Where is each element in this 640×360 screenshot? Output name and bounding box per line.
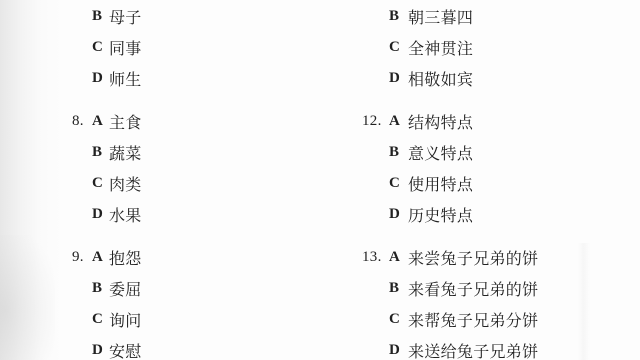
option-letter: C [389, 311, 408, 328]
option-text: 历史特点 [408, 203, 473, 226]
option-text: 蔬菜 [109, 141, 142, 164]
option-letter: C [389, 39, 408, 56]
question-number: 8. [72, 113, 92, 130]
option-letter: B [389, 144, 408, 161]
answer-option-row: D相敬如宾 [362, 63, 632, 94]
answer-option-row: C同事 [72, 32, 322, 63]
option-text: 同事 [109, 36, 142, 59]
answer-option-row: B母子 [72, 1, 322, 32]
answer-option-row: C肉类 [72, 168, 322, 199]
answer-option-row: C使用特点 [362, 168, 632, 199]
answer-option-row: 9.A抱怨 [72, 242, 322, 273]
question-number: 9. [72, 249, 92, 266]
option-text: 朝三暮四 [408, 5, 473, 28]
option-text: 全神贯注 [408, 36, 473, 59]
page-edge-shadow-left [0, 0, 62, 360]
option-text: 来帮兔子兄弟分饼 [408, 308, 538, 331]
option-text: 委屈 [109, 277, 142, 300]
option-text: 师生 [109, 67, 142, 90]
option-letter: D [92, 342, 109, 359]
option-text: 来看兔子兄弟的饼 [408, 277, 538, 300]
option-letter: B [92, 144, 109, 161]
answer-option-row: D来送给兔子兄弟饼 [362, 335, 632, 360]
option-text: 相敬如宾 [408, 67, 473, 90]
answer-option-row: 8.A主食 [72, 106, 322, 137]
option-text: 主食 [109, 110, 142, 133]
answer-option-row: 13.A来尝兔子兄弟的饼 [362, 242, 632, 273]
question-group: 9.A抱怨B委屈C询问D安慰 [72, 242, 322, 360]
option-text: 水果 [109, 203, 142, 226]
answer-option-row: B来看兔子兄弟的饼 [362, 273, 632, 304]
answer-option-row: C全神贯注 [362, 32, 632, 63]
option-letter: A [92, 113, 109, 130]
option-letter: C [92, 39, 109, 56]
answer-column-left: B母子C同事D师生8.A主食B蔬菜C肉类D水果9.A抱怨B委屈C询问D安慰 [72, 1, 322, 360]
answer-option-row: B意义特点 [362, 137, 632, 168]
option-text: 抱怨 [109, 246, 142, 269]
question-group: 13.A来尝兔子兄弟的饼B来看兔子兄弟的饼C来帮兔子兄弟分饼D来送给兔子兄弟饼 [362, 242, 632, 360]
option-text: 母子 [109, 5, 142, 28]
option-text: 安慰 [109, 339, 142, 360]
option-letter: B [92, 8, 109, 25]
document-page: B母子C同事D师生8.A主食B蔬菜C肉类D水果9.A抱怨B委屈C询问D安慰 B朝… [0, 0, 640, 360]
question-group: 12.A结构特点B意义特点C使用特点D历史特点 [362, 106, 632, 230]
answer-option-row: C询问 [72, 304, 322, 335]
option-letter: A [92, 249, 109, 266]
question-group: B朝三暮四C全神贯注D相敬如宾 [362, 1, 632, 94]
option-letter: D [389, 342, 408, 359]
option-letter: D [389, 70, 408, 87]
option-letter: D [389, 206, 408, 223]
option-text: 意义特点 [408, 141, 473, 164]
option-letter: B [92, 280, 109, 297]
option-letter: D [92, 70, 109, 87]
option-text: 询问 [109, 308, 142, 331]
answer-option-row: D安慰 [72, 335, 322, 360]
answer-option-row: C来帮兔子兄弟分饼 [362, 304, 632, 335]
page-edge-shadow-blotch [0, 235, 55, 360]
option-letter: B [389, 280, 408, 297]
question-number: 13. [362, 249, 389, 266]
question-group: B母子C同事D师生 [72, 1, 322, 94]
option-letter: B [389, 8, 408, 25]
option-text: 来送给兔子兄弟饼 [408, 339, 538, 360]
answer-option-row: 12.A结构特点 [362, 106, 632, 137]
option-text: 肉类 [109, 172, 142, 195]
answer-option-row: B委屈 [72, 273, 322, 304]
option-text: 结构特点 [408, 110, 473, 133]
option-text: 使用特点 [408, 172, 473, 195]
option-letter: A [389, 113, 408, 130]
option-letter: C [92, 311, 109, 328]
option-letter: C [92, 175, 109, 192]
answer-option-row: B朝三暮四 [362, 1, 632, 32]
answer-column-right: B朝三暮四C全神贯注D相敬如宾12.A结构特点B意义特点C使用特点D历史特点13… [362, 1, 632, 360]
option-letter: C [389, 175, 408, 192]
answer-option-row: D水果 [72, 199, 322, 230]
option-text: 来尝兔子兄弟的饼 [408, 246, 538, 269]
answer-option-row: B蔬菜 [72, 137, 322, 168]
answer-option-row: D历史特点 [362, 199, 632, 230]
question-group: 8.A主食B蔬菜C肉类D水果 [72, 106, 322, 230]
answer-option-row: D师生 [72, 63, 322, 94]
option-letter: D [92, 206, 109, 223]
question-number: 12. [362, 113, 389, 130]
option-letter: A [389, 249, 408, 266]
